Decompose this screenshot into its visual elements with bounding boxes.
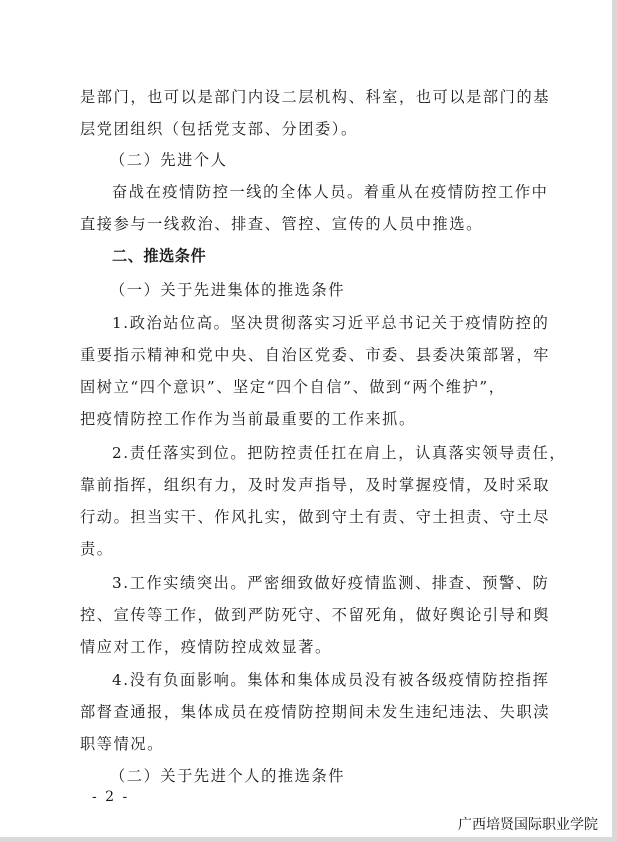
- text-line: 层党团组织（包括党支部、分团委）。: [80, 119, 358, 139]
- text-line: 控、宣传等工作，做到严防死守、不留死角，做好舆论引导和舆: [80, 605, 550, 625]
- text-line: （二）关于先进个人的推选条件: [110, 766, 345, 786]
- document-page: 是部门，也可以是部门内设二层机构、科室，也可以是部门的基层党团组织（包括党支部、…: [0, 0, 612, 837]
- text-line: 是部门，也可以是部门内设二层机构、科室，也可以是部门的基: [80, 87, 550, 107]
- text-line: 4.没有负面影响。集体和集体成员没有被各级疫情防控指挥: [112, 670, 549, 690]
- watermark-text: 广西培贤国际职业学院: [456, 814, 600, 834]
- section-heading: 二、推选条件: [112, 246, 206, 266]
- text-line: 责。: [80, 539, 114, 559]
- text-line: 直接参与一线救治、排查、管控、宣传的人员中推选。: [80, 214, 483, 234]
- text-line: 2.责任落实到位。把防控责任扛在肩上，认真落实领导责任，: [112, 443, 566, 463]
- text-line: 奋战在疫情防控一线的全体人员。着重从在疫情防控工作中: [112, 182, 548, 202]
- text-line: （一）关于先进集体的推选条件: [110, 280, 345, 300]
- text-line: 3.工作实绩突出。严密细致做好疫情监测、排查、预警、防: [112, 573, 549, 593]
- page-number: - 2 -: [92, 789, 129, 805]
- text-line: 情应对工作，疫情防控成效显著。: [80, 637, 332, 657]
- text-line: 重要指示精神和党中央、自治区党委、市委、县委决策部署，牢: [80, 345, 550, 365]
- text-line: 职等情况。: [80, 734, 164, 754]
- text-line: 行动。担当实干、作风扎实，做到守土有责、守土担责、守土尽: [80, 507, 550, 527]
- text-line: 把疫情防控工作作为当前最重要的工作来抓。: [80, 409, 416, 429]
- text-line: 靠前指挥，组织有力，及时发声指导，及时掌握疫情，及时采取: [80, 475, 550, 495]
- text-line: 部督查通报，集体成员在疫情防控期间未发生违纪违法、失职渎: [80, 702, 550, 722]
- text-line: （二）先进个人: [110, 150, 228, 170]
- text-line: 固树立“四个意识”、坚定“四个自信”、做到“两个维护”，: [80, 377, 506, 397]
- text-line: 1.政治站位高。坚决贯彻落实习近平总书记关于疫情防控的: [112, 313, 549, 333]
